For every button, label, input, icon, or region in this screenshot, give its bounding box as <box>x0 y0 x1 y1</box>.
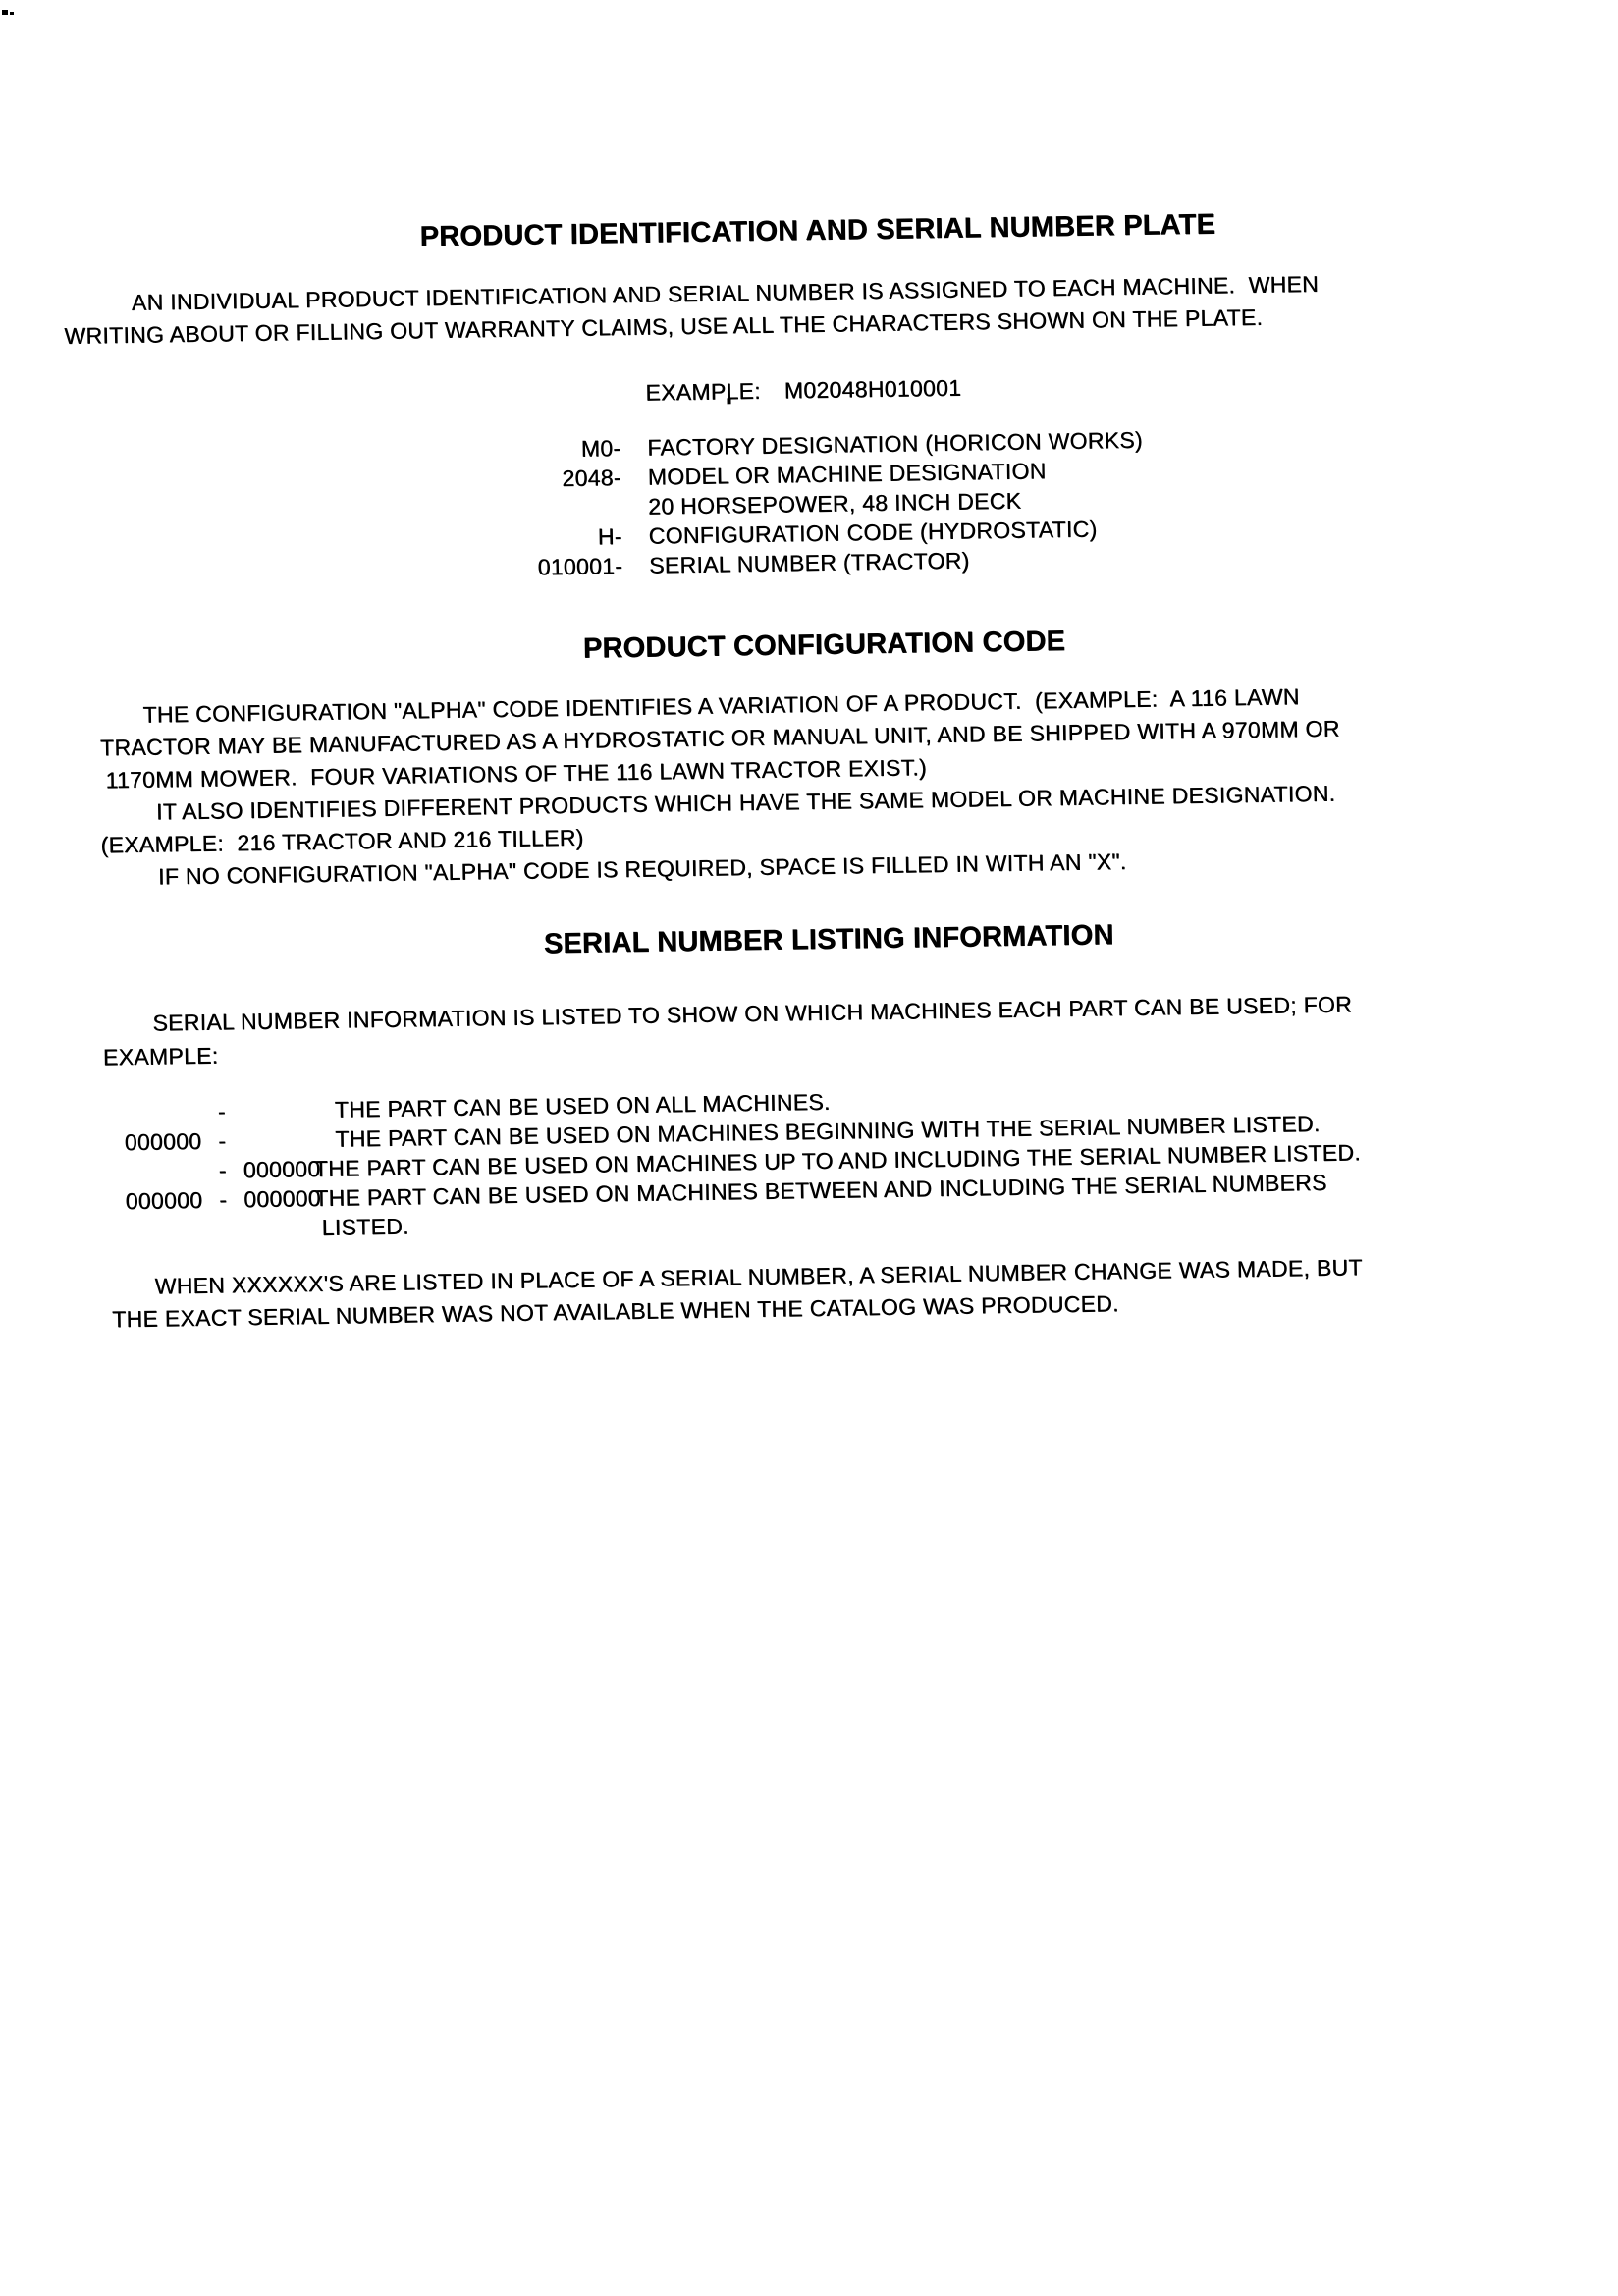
serial-dash: - <box>202 1185 243 1214</box>
paragraph-line: (EXAMPLE: 216 TRACTOR AND 216 TILLER) <box>100 824 583 859</box>
serial-dash: - <box>201 1126 243 1155</box>
serial-description-continuation: LISTED. <box>321 1213 408 1241</box>
serial-dash: - <box>202 1156 243 1184</box>
page-content: PRODUCT IDENTIFICATION AND SERIAL NUMBER… <box>0 0 1618 2296</box>
example-line: EXAMPLE:M02048H010001 <box>645 374 961 407</box>
example-serial-value: M02048H010001 <box>784 374 962 405</box>
code-label: 010001- <box>451 552 622 582</box>
paragraph-line: SERIAL NUMBER INFORMATION IS LISTED TO S… <box>152 990 1352 1036</box>
section-heading-product-configuration-code: PRODUCT CONFIGURATION CODE <box>58 618 1590 673</box>
section-heading-serial-number-listing: SERIAL NUMBER LISTING INFORMATION <box>63 912 1594 967</box>
scanned-catalog-page: { "document": { "sections": [ { "heading… <box>0 0 1618 2296</box>
serial-description: THE PART CAN BE USED ON ALL MACHINES. <box>335 1089 831 1122</box>
code-label: M0- <box>449 434 620 465</box>
code-description: MODEL OR MACHINE DESIGNATION <box>647 457 1046 490</box>
code-label <box>450 515 621 518</box>
serial-dash: - <box>201 1097 243 1125</box>
code-label: 2048- <box>450 464 621 494</box>
serial-start: 000000 <box>124 1186 202 1215</box>
paragraph-line: WHEN XXXXXX'S ARE LISTED IN PLACE OF A S… <box>154 1253 1363 1299</box>
serial-end: 000000 <box>243 1184 314 1213</box>
scan-speckle <box>727 398 730 404</box>
serial-end <box>243 1118 313 1119</box>
serial-end: 000000 <box>243 1155 314 1183</box>
code-description: CONFIGURATION CODE (HYDROSTATIC) <box>648 515 1097 549</box>
code-description: FACTORY DESIGNATION (HORICON WORKS) <box>647 426 1143 462</box>
code-description: 20 HORSEPOWER, 48 INCH DECK <box>648 487 1021 520</box>
serial-start <box>123 1120 201 1121</box>
serial-start <box>124 1178 202 1179</box>
section-heading-product-identification: PRODUCT IDENTIFICATION AND SERIAL NUMBER… <box>52 203 1584 258</box>
code-description: SERIAL NUMBER (TRACTOR) <box>649 546 970 578</box>
code-row: 010001-SERIAL NUMBER (TRACTOR) <box>451 546 970 581</box>
example-label: EXAMPLE: <box>645 378 761 406</box>
code-label: H- <box>450 522 621 553</box>
paragraph-line: EXAMPLE: <box>103 1042 219 1071</box>
serial-end <box>243 1147 313 1148</box>
serial-start: 000000 <box>123 1127 201 1156</box>
